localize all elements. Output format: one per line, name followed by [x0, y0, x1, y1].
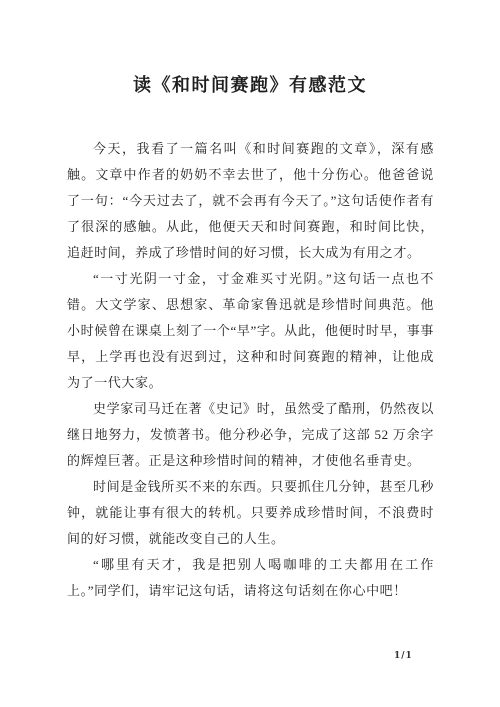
paragraph-5: “哪里有天才，我是把别人喝咖啡的工夫都用在工作上。”同学们，请牢记这句话，请将这… — [67, 552, 434, 604]
page-number-indicator: 1/1 — [394, 651, 413, 661]
paragraph-1: 今天，我看了一篇名叫《和时间赛跑的文章》，深有感触。文章中作者的奶奶不幸去世了，… — [67, 136, 434, 266]
document-page: 读《和时间赛跑》有感范文 今天，我看了一篇名叫《和时间赛跑的文章》，深有感触。文… — [0, 0, 500, 707]
paragraph-3: 史学家司马迁在著《史记》时，虽然受了酷刑，仍然夜以继日地努力，发愤著书。他分秒必… — [67, 396, 434, 474]
paragraph-4: 时间是金钱所买不来的东西。只要抓住几分钟，甚至几秒钟，就能让事有很大的转机。只要… — [67, 474, 434, 552]
document-body: 今天，我看了一篇名叫《和时间赛跑的文章》，深有感触。文章中作者的奶奶不幸去世了，… — [67, 136, 434, 604]
paragraph-2: “一寸光阴一寸金，寸金难买寸光阴。”这句话一点也不错。大文学家、思想家、革命家鲁… — [67, 266, 434, 396]
document-title: 读《和时间赛跑》有感范文 — [0, 71, 500, 97]
